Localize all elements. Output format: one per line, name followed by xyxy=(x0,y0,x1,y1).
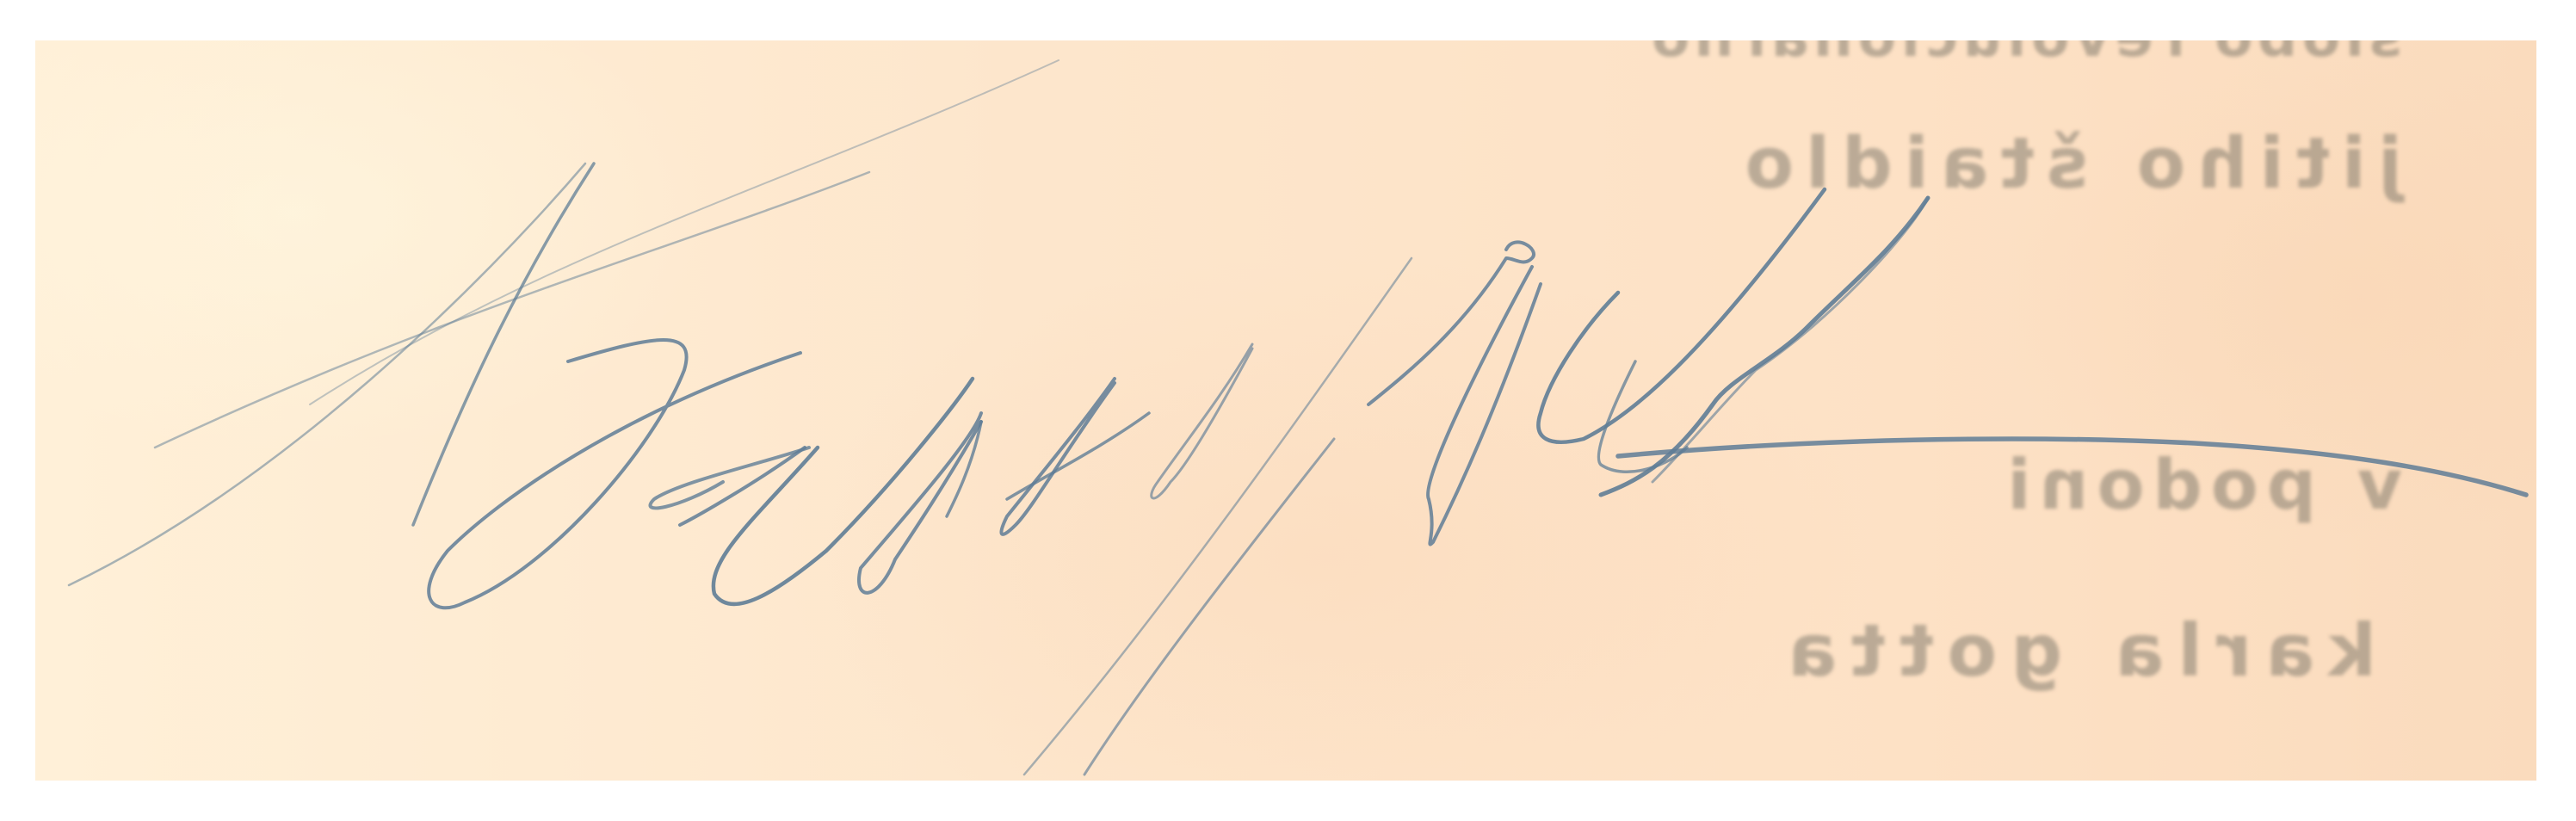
handwritten-signature xyxy=(0,0,2576,821)
